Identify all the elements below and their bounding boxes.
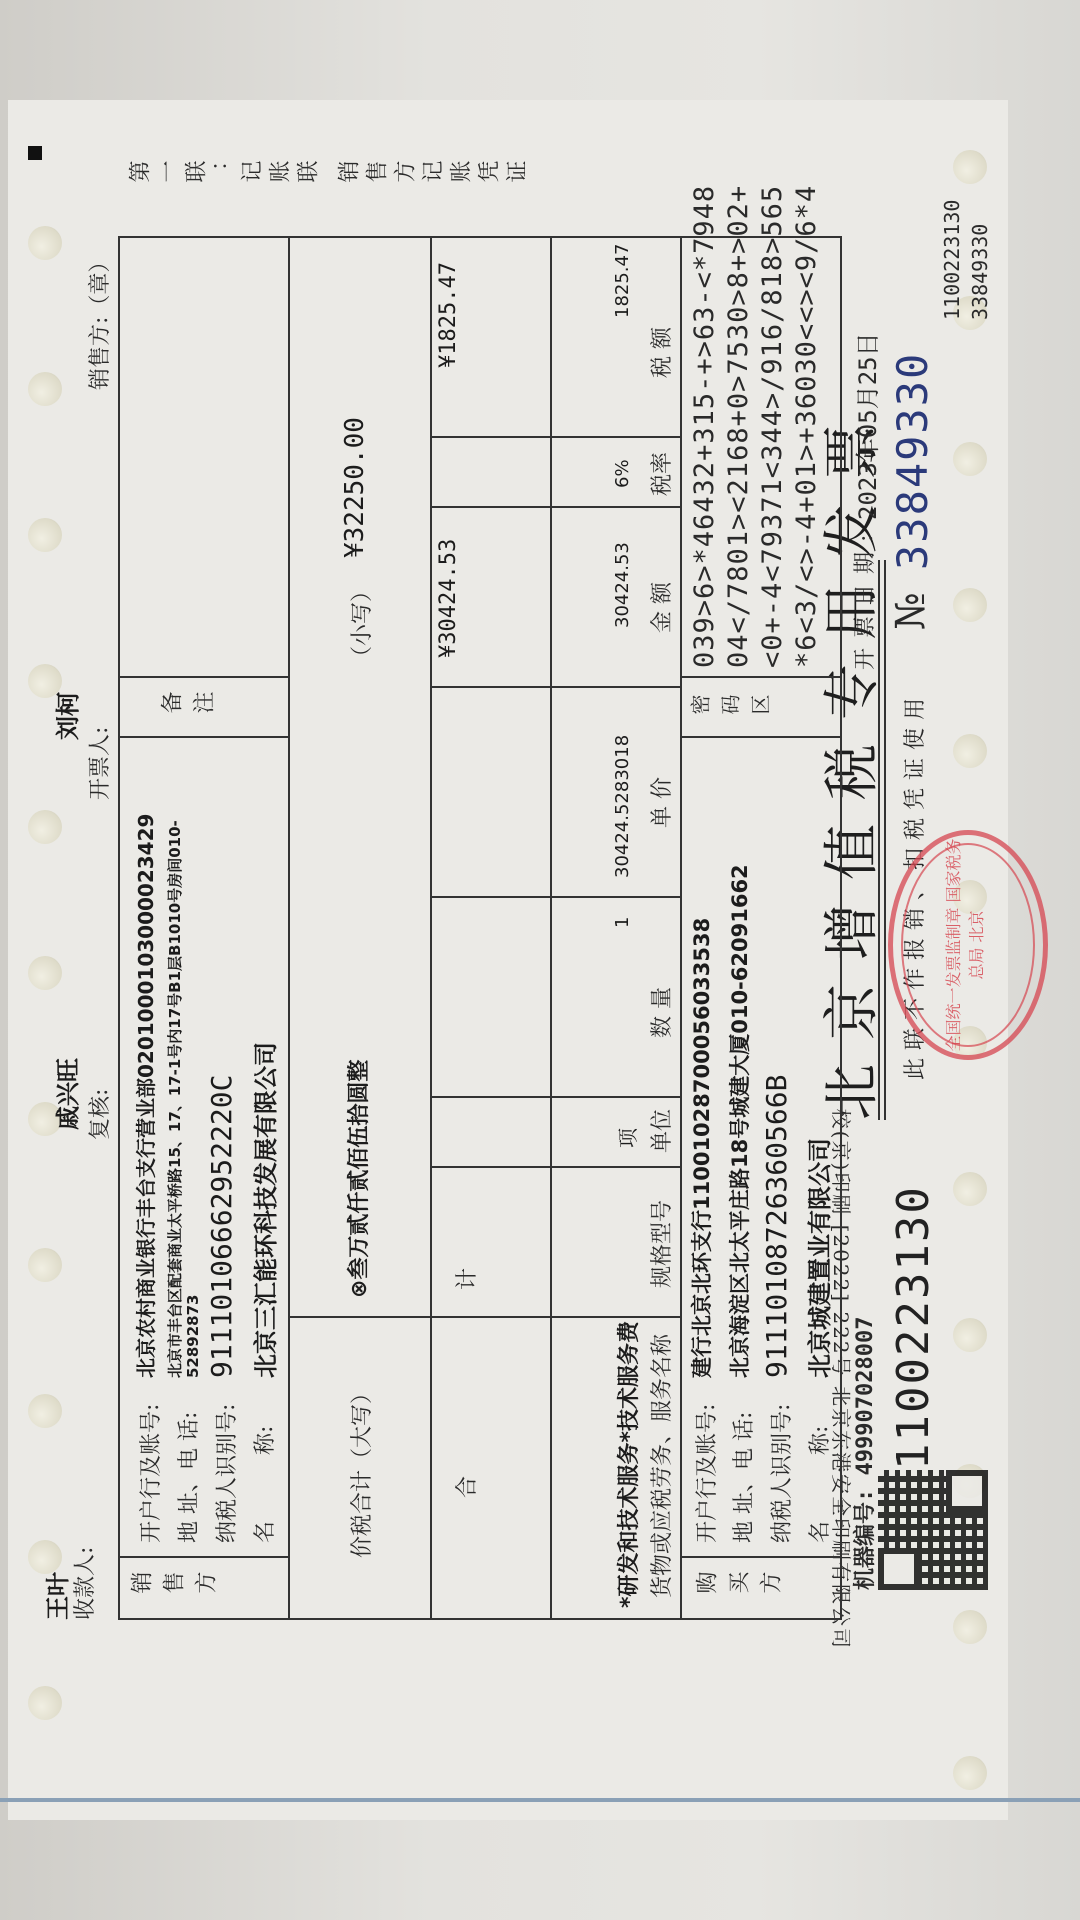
cipher-line: *6<3/<>-4+01>+36030<<><9/6*4	[790, 185, 824, 668]
seller-name-label: 名 称:	[248, 1426, 279, 1543]
registration-mark	[28, 146, 42, 160]
item-unit: 项	[612, 1128, 641, 1148]
total-tax: ¥1825.47	[436, 262, 461, 368]
issue-date: 2023年05月25日	[848, 332, 883, 520]
cipher-line: 039>6>*46432+315-+>63-<*7948	[688, 185, 722, 668]
cipher-line: 04</7801><2168+0>7530>8+>02+	[722, 185, 756, 668]
seller-tax-id: 91110106662952220C	[205, 1075, 238, 1378]
reviewer: 戚兴旺	[48, 1058, 83, 1130]
cipher-label: 密码区	[690, 691, 780, 720]
payee: 王叶	[38, 1572, 73, 1620]
supervision-seal: 全国统一发票监制章 国家税务总局 北京	[888, 830, 1048, 1060]
grand-total-small-label: （小写）	[345, 580, 376, 668]
title-underline	[884, 560, 886, 1120]
grand-total-label: 价税合计（大写）	[345, 1382, 376, 1558]
reviewer-label: 复核:	[83, 1089, 114, 1140]
total-amount: ¥30424.53	[436, 539, 461, 658]
invoice-number: 33849330	[888, 352, 937, 570]
total-label: 合 计	[450, 1238, 481, 1498]
item-tax-rate: 6%	[612, 459, 633, 488]
buyer-bank-label: 开户行及账号:	[690, 1404, 721, 1543]
seller-name: 北京三汇能环科技发展有限公司	[246, 1042, 281, 1378]
side-codes: 1100223130 33849330	[938, 200, 994, 320]
issue-date-label: 开票日期:	[848, 525, 879, 670]
buyer-bank: 建行北京北环支行11001028700056033538	[686, 918, 716, 1378]
buyer-address-label: 地 址、电 话:	[727, 1412, 758, 1543]
item-unit-price: 30424.5283018	[612, 735, 633, 878]
invoice-code: 1100223130	[888, 1185, 939, 1470]
header-amount: 金 额	[645, 582, 676, 633]
number-symbol: №	[888, 592, 934, 630]
remarks-label: 备注	[160, 689, 224, 720]
item-quantity: 1	[612, 917, 633, 928]
side-invoice-number: 33849330	[966, 200, 994, 320]
header-tax-rate: 税率	[645, 452, 676, 496]
seller-bank: 北京农村商业银行丰台支行营业部0201000103000023429	[130, 814, 159, 1378]
seller-tax-id-label: 纳税人识别号:	[210, 1404, 241, 1543]
buyer-name: 北京城建置业有限公司	[800, 1138, 835, 1378]
buyer-name-label: 名 称:	[803, 1426, 834, 1543]
seller-seal-label: 销售方:（章）	[83, 251, 114, 390]
seller-section-label: 销售方	[130, 1569, 226, 1600]
seller-address-label: 地 址、电 话:	[172, 1412, 203, 1543]
item-name: *研发和技术服务*技术服务费	[612, 1321, 643, 1608]
buyer-section-label: 购买方	[695, 1569, 791, 1600]
header-unit-price: 单 价	[645, 777, 676, 828]
grand-total-words: ⊗叁万贰仟贰佰伍拾圆整	[342, 1060, 373, 1298]
perforation-row-bottom	[28, 100, 68, 1820]
header-quantity: 数 量	[645, 987, 676, 1038]
buyer-tax-id: 91110108726360566B	[760, 1075, 793, 1378]
seller-address: 北京市丰台区配套商业太平桥路15、17、17-1号内17号B1层B1010号房间…	[166, 738, 202, 1378]
seal-text: 全国统一发票监制章 国家税务总局 北京	[941, 835, 987, 1055]
item-tax: 1825.47	[612, 244, 633, 318]
buyer-address: 北京海淀区北太平庄路18号城建大厦010-62091662	[724, 864, 754, 1378]
header-spec: 规格型号	[645, 1200, 676, 1288]
seller-bank-label: 开户行及账号:	[134, 1404, 165, 1543]
qr-code	[878, 1470, 988, 1590]
side-invoice-code: 1100223130	[938, 200, 966, 320]
buyer-tax-id-label: 纳税人识别号:	[765, 1404, 796, 1543]
vat-invoice: 机器编号: 499907028007 1100223130 北京增值税专用发票 …	[8, 100, 1008, 1820]
copy-label: 第一联：记账联 销售方记账凭证	[128, 160, 533, 200]
item-amount: 30424.53	[612, 542, 633, 628]
header-tax: 税 额	[645, 327, 676, 378]
invoice-table: 购买方 名 称: 北京城建置业有限公司 纳税人识别号: 911101087263…	[118, 236, 842, 1620]
header-unit: 单位	[645, 1109, 676, 1153]
grand-total-figures: ¥32250.00	[340, 417, 370, 558]
cipher-line: <0+-4<79371<344>/916/818>565	[756, 185, 790, 668]
issuer-label: 开票人:	[83, 727, 114, 800]
header-item-name: 货物或应税劳务、服务名称	[645, 1334, 676, 1598]
issuer: 刘柯	[48, 692, 83, 740]
cipher-area: 039>6>*46432+315-+>63-<*7948 04</7801><2…	[688, 185, 824, 668]
